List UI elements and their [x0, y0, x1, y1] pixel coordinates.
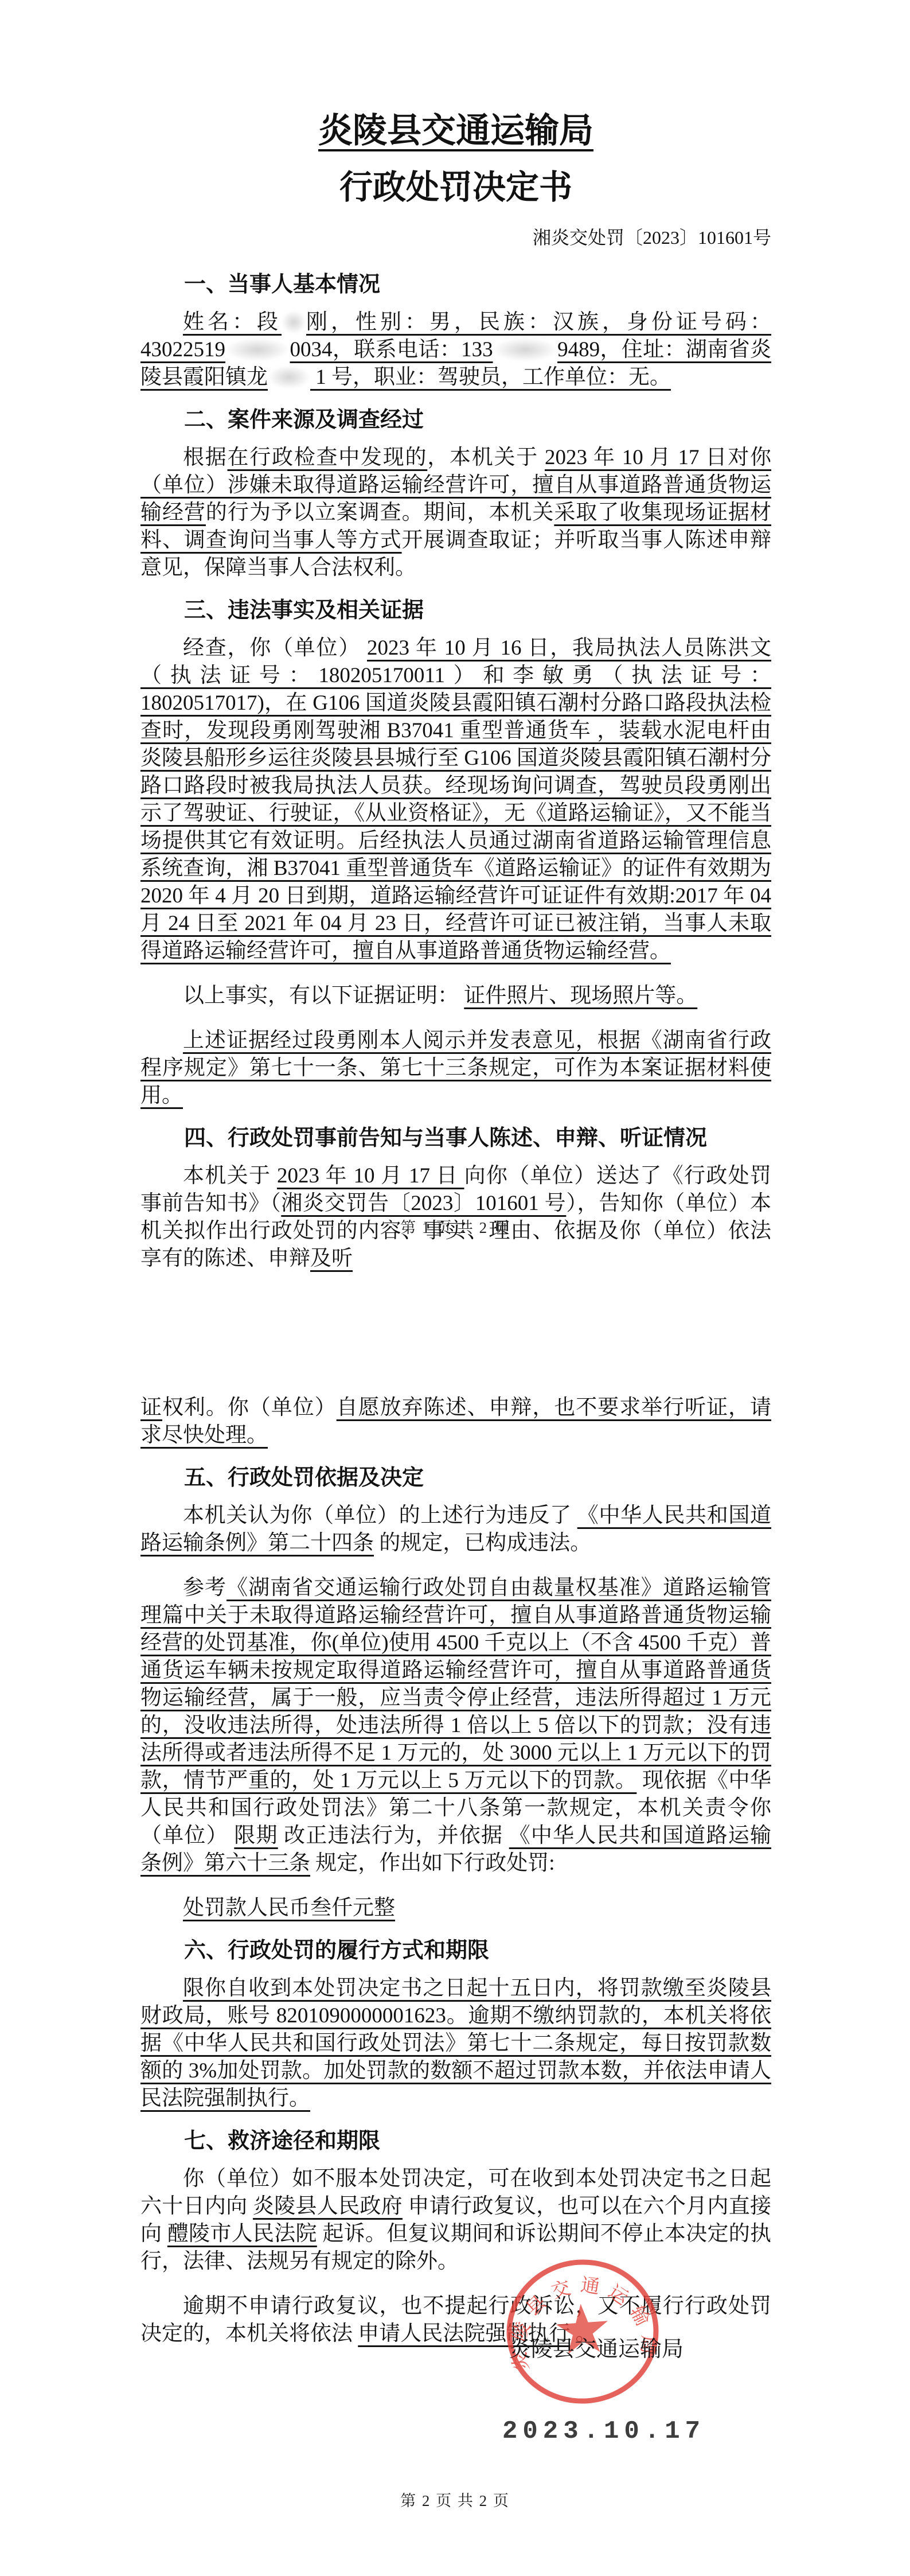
text-segment: 炎陵县人民政府	[253, 2194, 403, 2218]
text-segment: 的行为予以立案调查。期间，本机关	[206, 501, 554, 524]
text-segment: 1 号，职业：驾驶员，工作单位：无。	[310, 365, 671, 389]
text-segment: 一、当事人基本情况	[184, 273, 380, 297]
paragraph: 处罚款人民币叁仟元整	[140, 1894, 771, 1922]
seal-graphic: 炎陵县交通运输局 ★	[498, 2251, 667, 2412]
page-2-footer: 第 2 页 共 2 页	[0, 2488, 910, 2511]
paragraph: 姓名：段 刚，性别：男，民族：汉族，身份证号码：43022519 0034，联系…	[140, 309, 771, 391]
section-heading: 五、行政处罚依据及决定	[140, 1464, 771, 1492]
text-segment: 证	[140, 1396, 162, 1419]
text-segment: 规定，作出如下行政处罚:	[310, 1851, 555, 1875]
text-segment: 四、行政处罚事前告知与当事人陈述、申辩、听证情况	[184, 1126, 707, 1150]
redacted-text	[493, 338, 557, 361]
text-segment: 参考	[183, 1576, 226, 1600]
text-segment: 限期	[234, 1824, 278, 1847]
text-segment: 湘炎交罚告〔2023〕101601 号	[281, 1192, 566, 1215]
text-segment: 0034，联系电话：133	[290, 338, 493, 361]
agency-title: 炎陵县交通运输局	[140, 109, 771, 153]
issuing-authority-name: 炎陵县交通运输局	[509, 2337, 675, 2362]
paragraph: 限你自收到本处罚决定书之日起十五日内，将罚款缴至炎陵县财政局，账号 820109…	[140, 1975, 771, 2112]
text-segment: 六、行政处罚的履行方式和期限	[184, 1939, 489, 1963]
text-segment: 根据	[183, 446, 228, 469]
text-segment: 证件照片、现场照片等。	[464, 984, 697, 1007]
section-heading: 七、救济途径和期限	[140, 2127, 771, 2155]
text-segment: 处罚款人民币叁仟元整	[183, 1896, 395, 1920]
page-2-content: 证权利。你（单位）自愿放弃陈述、申辩，也不要求举行听证，请求尽快处理。五、行政处…	[140, 1288, 771, 2348]
paragraph: 你（单位）如不服本处罚决定，可在收到本处罚决定书之日起六十日内向 炎陵县人民政府…	[140, 2165, 771, 2275]
paragraph: 本机关认为你（单位）的上述行为违反了 《中华人民共和国道路运输条例》第二十四条 …	[140, 1502, 771, 1557]
decision-date: 2023.10.17	[502, 2417, 705, 2446]
text-segment: 限你自收到本处罚决定书之日起十五日内，将罚款缴至炎陵县财政局，账号 820109…	[140, 1976, 771, 2110]
section-heading: 一、当事人基本情况	[140, 271, 771, 298]
paragraph: 根据在行政检查中发现的，本机关于 2023 年 10 月 17 日对你（单位）涉…	[140, 444, 771, 582]
paragraph: 以上事实，有以下证据证明： 证件照片、现场照片等。	[140, 982, 771, 1010]
document-number: 湘炎交处罚〔2023〕101601号	[140, 225, 771, 250]
redacted-text	[225, 338, 290, 361]
text-segment: 本机关认为你（单位）的上述行为违反了	[183, 1504, 577, 1527]
text-segment: 经查，你（单位）	[183, 636, 367, 660]
text-segment: 2023 年 10 月 17 日	[277, 1164, 464, 1188]
section-heading: 四、行政处罚事前告知与当事人陈述、申辩、听证情况	[140, 1124, 771, 1152]
text-segment: ，本机关于	[427, 446, 545, 469]
text-segment: 及听	[310, 1247, 353, 1270]
official-seal: 炎陵县交通运输局 ★	[498, 2251, 667, 2412]
text-segment: 醴陵市人民法院	[167, 2222, 317, 2246]
text-segment: 刚，性别：男，民族：汉族，身份证号码：	[306, 310, 771, 334]
text-segment: 2023 年 10 月 16 日，我局执法人员陈洪文（执法证号：18020517…	[140, 636, 771, 963]
text-segment: 《湖南省交通运输行政处罚自由裁量权基准》道路运输管理篇中关于未取得道路运输经营许…	[140, 1576, 771, 1792]
page-2: 证权利。你（单位）自愿放弃陈述、申辩，也不要求举行听证，请求尽快处理。五、行政处…	[0, 1288, 910, 2576]
text-segment: 改正违法行为，并依据	[278, 1824, 509, 1847]
section-heading: 三、违法事实及相关证据	[140, 597, 771, 624]
text-segment: 姓名：段	[183, 310, 282, 334]
text-segment: 上述证据经过段勇刚本人阅示并发表意见，根据《湖南省行政程序规定》第七十一条、第七…	[140, 1029, 771, 1107]
paragraph: 上述证据经过段勇刚本人阅示并发表意见，根据《湖南省行政程序规定》第七十一条、第七…	[140, 1027, 771, 1110]
text-segment: 三、违法事实及相关证据	[184, 598, 424, 622]
text-segment: 七、救济途径和期限	[184, 2129, 380, 2153]
page-1: 炎陵县交通运输局 行政处罚决定书 湘炎交处罚〔2023〕101601号 一、当事…	[0, 0, 910, 1288]
page-1-content: 一、当事人基本情况姓名：段 刚，性别：男，民族：汉族，身份证号码：4302251…	[140, 271, 771, 1273]
document-type-title: 行政处罚决定书	[140, 166, 771, 209]
text-segment: 在行政检查中发现的	[228, 446, 428, 469]
redacted-text	[282, 310, 306, 334]
text-segment: 的规定，已构成违法。	[374, 1531, 591, 1555]
penalty-decision-document: 炎陵县交通运输局 行政处罚决定书 湘炎交处罚〔2023〕101601号 一、当事…	[0, 0, 910, 2576]
paragraph: 经查，你（单位） 2023 年 10 月 16 日，我局执法人员陈洪文（执法证号…	[140, 635, 771, 965]
section-heading: 六、行政处罚的履行方式和期限	[140, 1937, 771, 1964]
text-segment: 本机关于	[183, 1164, 277, 1188]
paragraph: 参考《湖南省交通运输行政处罚自由裁量权基准》道路运输管理篇中关于未取得道路运输经…	[140, 1574, 771, 1877]
text-segment: 权利。你（单位）	[162, 1396, 337, 1419]
redacted-text	[268, 365, 310, 389]
page-1-footer: 第 1 页 共 2 页	[0, 1215, 910, 1238]
section-heading: 二、案件来源及调查经过	[140, 406, 771, 434]
paragraph: 证权利。你（单位）自愿放弃陈述、申辩，也不要求举行听证，请求尽快处理。	[140, 1394, 771, 1449]
text-segment: 二、案件来源及调查经过	[184, 408, 424, 432]
text-segment: 43022519	[140, 338, 225, 361]
text-segment: 五、行政处罚依据及决定	[184, 1466, 424, 1490]
text-segment: 以上事实，有以下证据证明：	[183, 984, 464, 1007]
